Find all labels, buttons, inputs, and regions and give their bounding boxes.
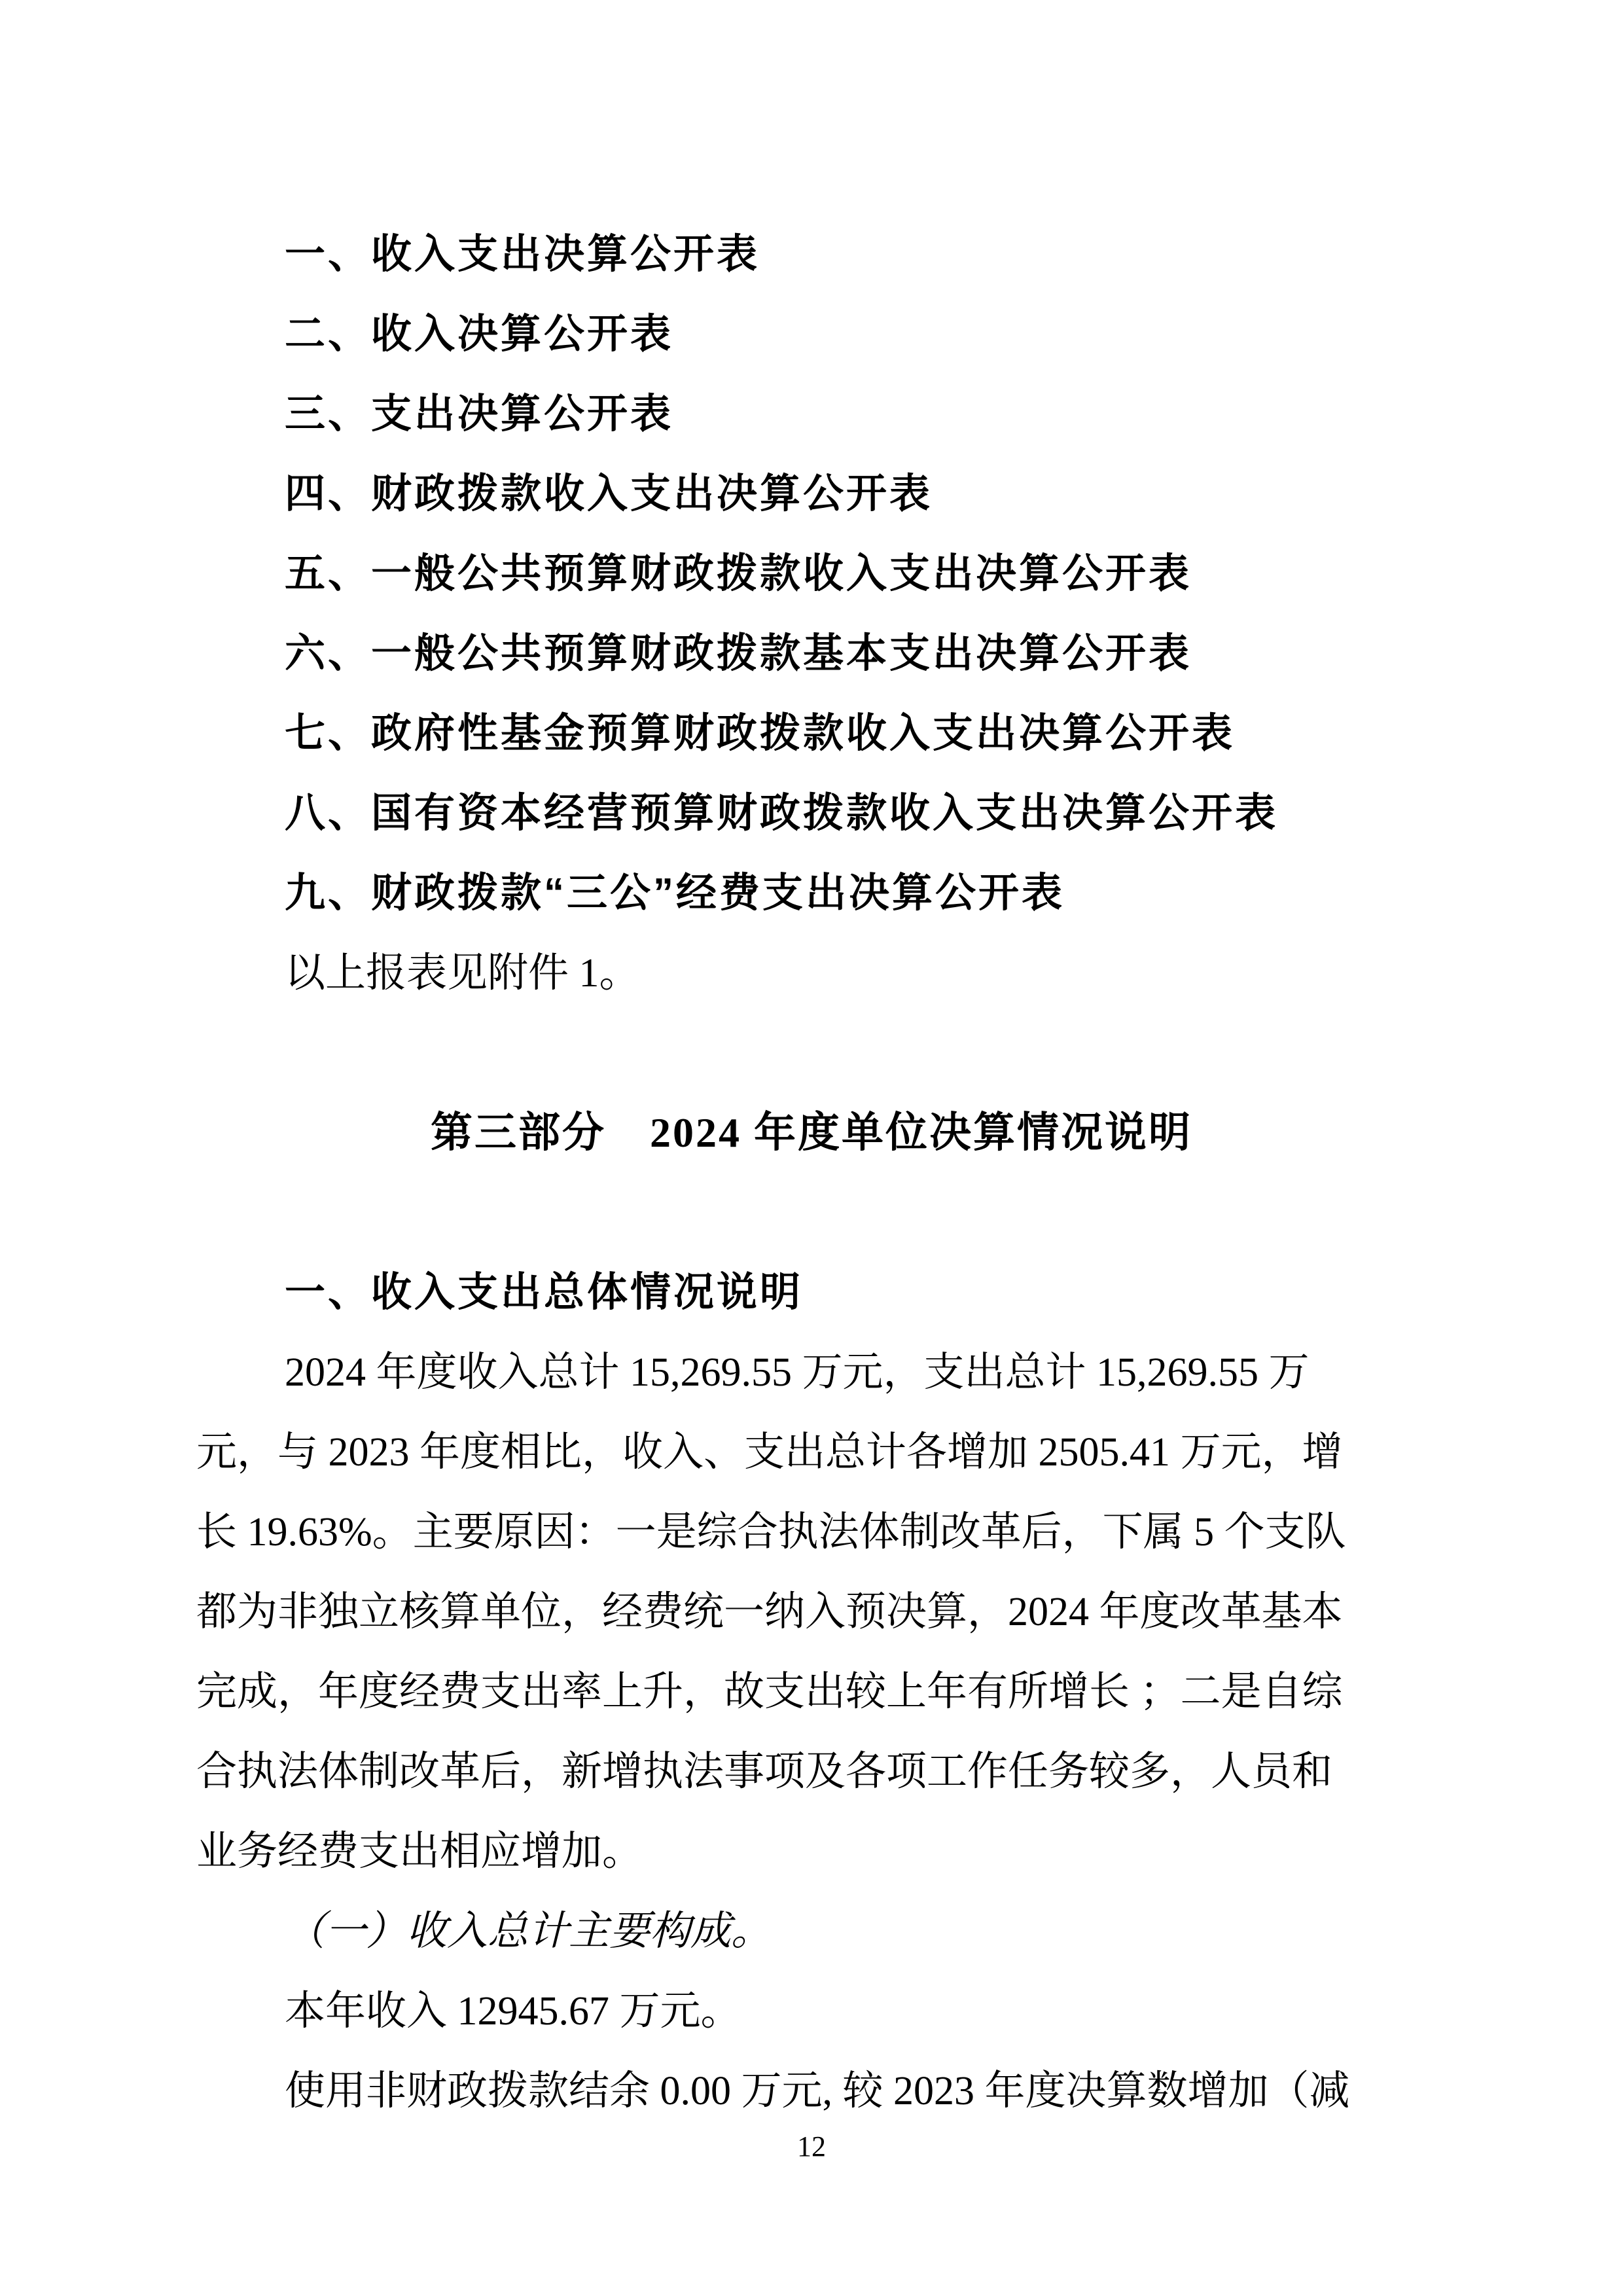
overview-paragraph-line: 元，与 2023 年度相比，收入、支出总计各增加 2505.41 万元，增 [196,1412,1427,1492]
spacer [196,1173,1427,1253]
attachment-list-item-4: 四、财政拨款收入支出决算公开表 [196,454,1427,534]
page-number: 12 [0,2125,1623,2169]
overview-paragraph-line: 长 19.63%。主要原因：一是综合执法体制改革后，下属 5 个支队 [196,1492,1427,1572]
attachment-list-item-8: 八、国有资本经营预算财政拨款收入支出决算公开表 [196,774,1427,853]
part-three-title: 第三部分 2024 年度单位决算情况说明 [196,1093,1427,1173]
non-fiscal-carryover-line: 使用非财政拨款结余 0.00 万元, 较 2023 年度决算数增加（减 [196,2051,1427,2131]
overview-paragraph-line: 业务经费支出相应增加。 [196,1812,1427,1892]
attachment-note: 以上报表见附件 1。 [196,933,1427,1013]
overview-paragraph-line: 都为非独立核算单位，经费统一纳入预决算，2024 年度改革基本 [196,1572,1427,1652]
overview-heading: 一、收入支出总体情况说明 [196,1253,1427,1333]
attachment-list-item-7: 七、政府性基金预算财政拨款收入支出决算公开表 [196,694,1427,774]
overview-paragraph-line: 2024 年度收入总计 15,269.55 万元，支出总计 15,269.55 … [196,1333,1427,1412]
document-page: 一、收入支出决算公开表 二、收入决算公开表 三、支出决算公开表 四、财政拨款收入… [0,0,1623,2296]
spacer [196,1013,1427,1093]
income-composition-subheading: （一）收入总计主要构成。 [196,1892,1427,1971]
attachment-list-item-6: 六、一般公共预算财政拨款基本支出决算公开表 [196,614,1427,694]
attachment-list-item-2: 二、收入决算公开表 [196,295,1427,374]
annual-income-line: 本年收入 12945.67 万元。 [196,1971,1427,2051]
document-content: 一、收入支出决算公开表 二、收入决算公开表 三、支出决算公开表 四、财政拨款收入… [196,215,1427,2131]
attachment-list-item-3: 三、支出决算公开表 [196,374,1427,454]
overview-paragraph-line: 完成，年度经费支出率上升，故支出较上年有所增长 ；二是自综 [196,1652,1427,1732]
attachment-list-item-5: 五、一般公共预算财政拨款收入支出决算公开表 [196,534,1427,614]
attachment-list-item-1: 一、收入支出决算公开表 [196,215,1427,295]
attachment-list-item-9: 九、财政拨款“三公”经费支出决算公开表 [196,853,1427,933]
overview-paragraph-line: 合执法体制改革后，新增执法事项及各项工作任务较多，人员和 [196,1732,1427,1812]
